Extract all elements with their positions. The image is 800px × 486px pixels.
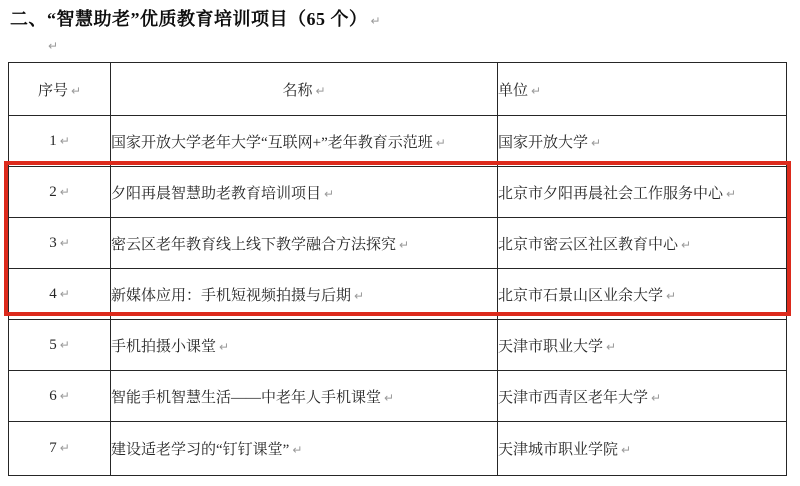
- cell-unit: 天津市职业大学↵ ↵: [498, 320, 787, 371]
- paragraph-mark-icon: ↵: [60, 287, 70, 301]
- cell-name: 夕阳再晨智慧助老教育培训项目↵: [111, 167, 498, 218]
- paragraph-mark-icon: ↵: [324, 187, 334, 201]
- row-number: 1: [49, 133, 57, 149]
- unit-name: 天津城市职业学院: [498, 442, 618, 458]
- cell-name: 新媒体应用：手机短视频拍摄与后期↵: [111, 269, 498, 320]
- paragraph-mark-icon: ↵: [354, 289, 364, 303]
- project-name: 建设适老学习的“钉钉课堂”: [111, 442, 289, 458]
- table-row: 7↵ 建设适老学习的“钉钉课堂”↵ 天津城市职业学院↵ ↵: [9, 422, 787, 476]
- cell-name: 智能手机智慧生活——中老年人手机课堂↵: [111, 371, 498, 422]
- project-name: 智能手机智慧生活——中老年人手机课堂: [111, 390, 381, 406]
- paragraph-mark-icon: ↵: [60, 134, 70, 148]
- row-number: 7: [49, 440, 57, 456]
- table-row: 1↵ 国家开放大学老年大学“互联网+”老年教育示范班↵ 国家开放大学↵ ↵: [9, 116, 787, 167]
- row-number: 4: [49, 286, 57, 302]
- row-number: 3: [49, 235, 57, 251]
- paragraph-mark-icon: ↵: [219, 340, 229, 354]
- cell-name: 国家开放大学老年大学“互联网+”老年教育示范班↵: [111, 116, 498, 167]
- paragraph-mark-icon: ↵: [60, 236, 70, 250]
- paragraph-mark-icon: ↵: [60, 441, 70, 455]
- table-body: 1↵ 国家开放大学老年大学“互联网+”老年教育示范班↵ 国家开放大学↵ ↵ 2↵…: [9, 116, 787, 476]
- cell-name: 密云区老年教育线上线下教学融合方法探究↵: [111, 218, 498, 269]
- paragraph-mark-icon: ↵: [436, 136, 446, 150]
- cell-no: 5↵: [9, 320, 111, 371]
- paragraph-mark-icon: ↵: [371, 14, 382, 28]
- project-name: 手机拍摄小课堂: [111, 339, 216, 355]
- page-title: 二、“智慧助老”优质教育培训项目（65 个）↵: [10, 5, 381, 31]
- cell-no: 7↵: [9, 422, 111, 476]
- project-name: 夕阳再晨智慧助老教育培训项目: [111, 186, 321, 202]
- paragraph-mark-icon: ↵: [591, 136, 601, 150]
- paragraph-mark-icon: ↵: [292, 443, 302, 457]
- paragraph-mark-icon: ↵: [60, 389, 70, 403]
- page-title-text: 二、“智慧助老”优质教育培训项目（65 个）: [10, 9, 368, 29]
- header-cell-no: 序号↵: [9, 63, 111, 116]
- paragraph-mark-icon: ↵: [621, 443, 631, 457]
- cell-name: 建设适老学习的“钉钉课堂”↵: [111, 422, 498, 476]
- paragraph-mark-icon: ↵: [384, 391, 394, 405]
- cell-unit: 北京市石景山区业余大学↵ ↵: [498, 269, 787, 320]
- project-name: 新媒体应用：手机短视频拍摄与后期: [111, 288, 351, 304]
- paragraph-mark-icon: ↵: [60, 185, 70, 199]
- paragraph-mark-icon: ↵: [399, 238, 409, 252]
- cell-no: 6↵: [9, 371, 111, 422]
- paragraph-mark-icon: ↵: [531, 84, 541, 98]
- project-name: 密云区老年教育线上线下教学融合方法探究: [111, 237, 396, 253]
- header-cell-name: 名称↵: [111, 63, 498, 116]
- paragraph-mark-icon: ↵: [651, 391, 661, 405]
- unit-name: 北京市夕阳再晨社会工作服务中心: [498, 186, 723, 202]
- table-row: 3↵ 密云区老年教育线上线下教学融合方法探究↵ 北京市密云区社区教育中心↵ ↵: [9, 218, 787, 269]
- cell-no: 3↵: [9, 218, 111, 269]
- header-label-unit: 单位: [498, 83, 528, 99]
- table-row: 4↵ 新媒体应用：手机短视频拍摄与后期↵ 北京市石景山区业余大学↵ ↵: [9, 269, 787, 320]
- table-row: 2↵ 夕阳再晨智慧助老教育培训项目↵ 北京市夕阳再晨社会工作服务中心↵ ↵: [9, 167, 787, 218]
- cell-unit: 北京市夕阳再晨社会工作服务中心↵ ↵: [498, 167, 787, 218]
- project-name: 国家开放大学老年大学“互联网+”老年教育示范班: [111, 135, 433, 151]
- header-label-no: 序号: [38, 83, 68, 99]
- projects-table: 序号↵ 名称↵ 单位↵ ↵ 1↵ 国家开放大学老年大学“互联网+”老年教育示范班…: [8, 62, 787, 476]
- paragraph-mark-icon: ↵: [606, 340, 616, 354]
- cell-unit: 国家开放大学↵ ↵: [498, 116, 787, 167]
- paragraph-mark-icon: ↵: [681, 238, 691, 252]
- cell-name: 手机拍摄小课堂↵: [111, 320, 498, 371]
- cell-unit: 天津市西青区老年大学↵ ↵: [498, 371, 787, 422]
- paragraph-mark-icon: ↵: [315, 84, 325, 98]
- unit-name: 天津市职业大学: [498, 339, 603, 355]
- unit-name: 国家开放大学: [498, 135, 588, 151]
- header-cell-unit: 单位↵ ↵: [498, 63, 787, 116]
- cell-unit: 北京市密云区社区教育中心↵ ↵: [498, 218, 787, 269]
- header-label-name: 名称: [282, 83, 312, 99]
- cell-no: 4↵: [9, 269, 111, 320]
- cell-no: 2↵: [9, 167, 111, 218]
- row-number: 2: [49, 184, 57, 200]
- cell-unit: 天津城市职业学院↵ ↵: [498, 422, 787, 476]
- row-number: 6: [49, 388, 57, 404]
- table-row: 6↵ 智能手机智慧生活——中老年人手机课堂↵ 天津市西青区老年大学↵ ↵: [9, 371, 787, 422]
- paragraph-mark-icon: ↵: [666, 289, 676, 303]
- cell-no: 1↵: [9, 116, 111, 167]
- paragraph-mark-icon: ↵: [48, 39, 58, 53]
- paragraph-mark-icon: ↵: [60, 338, 70, 352]
- unit-name: 北京市石景山区业余大学: [498, 288, 663, 304]
- blank-line: ↵: [48, 37, 58, 55]
- table-header-row: 序号↵ 名称↵ 单位↵ ↵: [9, 63, 787, 116]
- paragraph-mark-icon: ↵: [71, 84, 81, 98]
- paragraph-mark-icon: ↵: [726, 187, 736, 201]
- row-number: 5: [49, 337, 57, 353]
- unit-name: 天津市西青区老年大学: [498, 390, 648, 406]
- table-row: 5↵ 手机拍摄小课堂↵ 天津市职业大学↵ ↵: [9, 320, 787, 371]
- document-page: 二、“智慧助老”优质教育培训项目（65 个）↵ ↵ 序号↵ 名称↵ 单位↵ ↵: [0, 0, 800, 486]
- unit-name: 北京市密云区社区教育中心: [498, 237, 678, 253]
